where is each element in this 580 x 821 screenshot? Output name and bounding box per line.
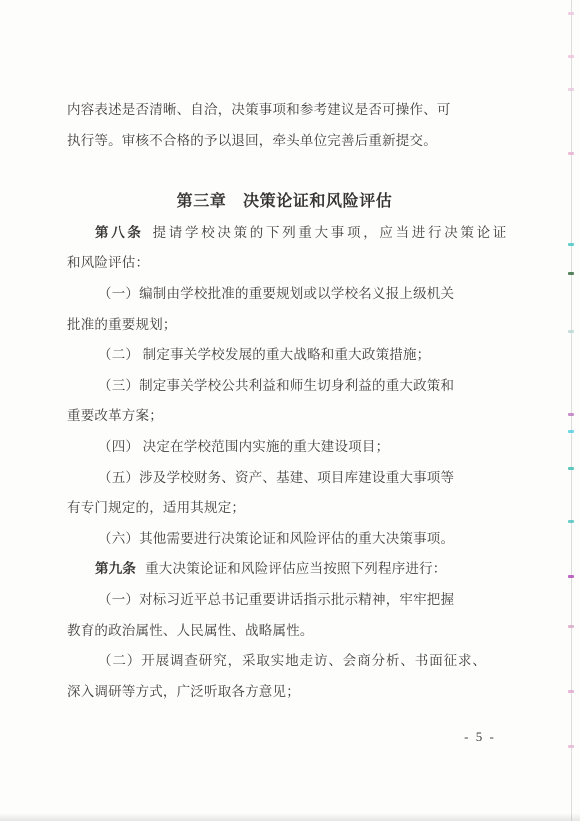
document-page: 内容表述是否清晰、自洽，决策事项和参考建议是否可操作、可 执行等。审核不合格的予… xyxy=(0,0,580,821)
scan-artifact xyxy=(568,575,574,578)
article-9-text: 重大决策论证和风险评估应当按照下列程序进行： xyxy=(145,561,446,576)
article-8-item-4-line: （四） 决定在学校范围内实施的重大建设项目； xyxy=(67,432,516,463)
scan-artifact xyxy=(568,745,574,748)
article-9-item-1-line: 教育的政治属性、人民属性、战略属性。 xyxy=(67,616,516,647)
scan-artifact xyxy=(568,413,574,416)
article-8-line: 和风险评估： xyxy=(67,248,516,279)
document-content: 内容表述是否清晰、自洽，决策事项和参考建议是否可操作、可 执行等。审核不合格的予… xyxy=(67,95,516,707)
paragraph-continuation-line: 内容表述是否清晰、自洽，决策事项和参考建议是否可操作、可 xyxy=(67,95,516,126)
article-9-item-2-line: 深入调研等方式，广泛听取各方意见； xyxy=(67,677,516,708)
article-9-item-1-line: （一）对标习近平总书记重要讲话指示批示精神，牢牢把握 xyxy=(67,585,516,616)
scan-artifact xyxy=(568,330,574,333)
article-8-text: 提请学校决策的下列重大事项，应当进行决策论证 xyxy=(153,225,509,240)
article-8-item-3-line: （三）制定事关学校公共利益和师生切身利益的重大政策和 xyxy=(67,371,516,402)
page-bottom-shadow xyxy=(0,813,580,821)
scan-artifact xyxy=(568,272,574,275)
scan-artifact xyxy=(568,243,574,246)
article-8-item-3-line: 重要改革方案； xyxy=(67,401,516,432)
paragraph-continuation-line: 执行等。审核不合格的予以退回，牵头单位完善后重新提交。 xyxy=(67,126,516,157)
scan-artifact xyxy=(568,12,574,15)
scan-artifact xyxy=(568,430,574,433)
scan-artifact xyxy=(568,467,574,470)
page-number: - 5 - xyxy=(450,726,510,748)
scan-artifact xyxy=(568,55,574,58)
article-8-label: 第八条 xyxy=(95,225,144,240)
chapter-heading: 第三章 决策论证和风险评估 xyxy=(67,187,516,218)
scan-edge-line xyxy=(571,0,572,821)
scan-artifact xyxy=(568,625,574,628)
article-8-item-2-line: （二） 制定事关学校发展的重大战略和重大政策措施； xyxy=(67,340,516,371)
scan-artifact xyxy=(568,88,574,91)
scan-artifact xyxy=(568,690,574,693)
article-9-label: 第九条 xyxy=(95,561,136,576)
scan-artifact xyxy=(568,152,574,155)
article-9-line: 第九条重大决策论证和风险评估应当按照下列程序进行： xyxy=(67,554,516,585)
article-8-line: 第八条提请学校决策的下列重大事项，应当进行决策论证 xyxy=(67,218,516,249)
article-8-item-1-line: 批准的重要规划； xyxy=(67,310,516,341)
article-8-item-6-line: （六）其他需要进行决策论证和风险评估的重大决策事项。 xyxy=(67,524,516,555)
article-8-item-1-line: （一）编制由学校批准的重要规划或以学校名义报上级机关 xyxy=(67,279,516,310)
article-9-item-2-line: （二）开展调查研究，采取实地走访、会商分析、书面征求、 xyxy=(67,646,516,677)
scan-artifact xyxy=(568,520,574,523)
article-8-item-5-line: （五）涉及学校财务、资产、基建、项目库建设重大事项等 xyxy=(67,463,516,494)
article-8-item-5-line: 有专门规定的，适用其规定； xyxy=(67,493,516,524)
